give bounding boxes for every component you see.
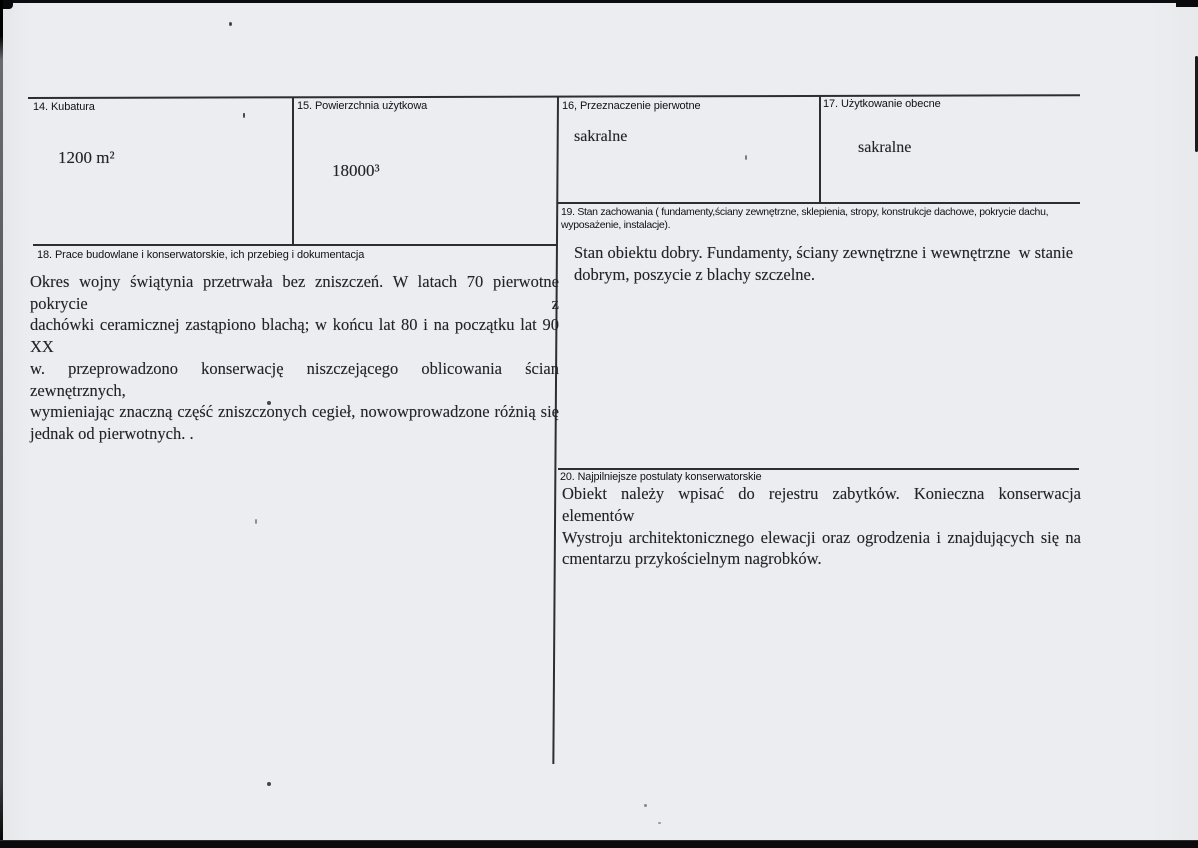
rule-divider-14-15 (292, 97, 294, 245)
scan-speck (255, 519, 257, 524)
scan-edge-top-right (1176, 0, 1198, 7)
field-19-text: Stan obiektu dobry. Fundamenty, ściany z… (574, 242, 1074, 285)
rule-top-field-20 (558, 468, 1079, 470)
scan-speck (229, 22, 232, 26)
text-line: Obiekt należy wpisać do rejestru zabytkó… (562, 483, 1081, 527)
text-line: w. przeprowadzono konserwację niszczejąc… (30, 358, 559, 401)
scan-edge-top (0, 0, 1198, 3)
scan-speck (644, 804, 647, 807)
rule-bottom-14-15 (33, 244, 558, 246)
form-table-layer: 14. Kubatura 1200 m² 15. Powierzchnia uż… (0, 0, 1198, 848)
scan-edge-bottom (0, 840, 1198, 848)
field-18-text: Okres wojny świątynia przetrwała bez zni… (30, 271, 559, 445)
field-20-text: Obiekt należy wpisać do rejestru zabytkó… (562, 483, 1081, 570)
field-14-value: 1200 m² (58, 148, 115, 168)
scan-speck (745, 155, 747, 160)
scanned-document-page: 14. Kubatura 1200 m² 15. Powierzchnia uż… (0, 0, 1198, 848)
field-17-value: sakralne (858, 139, 911, 157)
scan-speck (267, 782, 271, 786)
scan-speck (267, 401, 271, 405)
text-line: Okres wojny świątynia przetrwała bez zni… (30, 271, 559, 314)
field-20-label: 20. Najpilniejsze postulaty konserwators… (560, 471, 762, 483)
field-15-value: 18000³ (332, 161, 380, 181)
text-line: jednak od pierwotnych. . (30, 423, 559, 445)
text-line: Stan obiektu dobry. Fundamenty, ściany z… (574, 242, 1074, 264)
scan-edge-left (0, 0, 3, 848)
rule-divider-16-17 (819, 96, 821, 203)
field-16-value: sakralne (574, 128, 627, 146)
text-line: dachówki ceramicznej zastąpiono blachą; … (30, 314, 559, 357)
text-line: Wystroju architektonicznego elewacji ora… (562, 527, 1081, 549)
field-19-label-line-2: wyposażenie, instalacje). (561, 219, 670, 231)
scan-speck (243, 113, 245, 118)
field-18-label: 18. Prace budowlane i konserwatorskie, i… (37, 249, 364, 261)
field-16-label: 16, Przeznaczenie pierwotne (562, 100, 701, 112)
field-14-label: 14. Kubatura (33, 101, 95, 113)
text-line: wymieniając znaczną część zniszczonych c… (30, 401, 559, 423)
field-17-label: 17. Użytkowanie obecne (823, 98, 941, 110)
text-line: cmentarzu przykościelnym nagrobków. (562, 548, 1081, 570)
field-15-label: 15. Powierzchnia użytkowa (297, 100, 427, 112)
rule-bottom-16-17 (557, 202, 1080, 204)
scan-speck (658, 822, 661, 824)
text-line: dobrym, poszycie z blachy szczelne. (574, 264, 1074, 286)
field-19-label-line-1: 19. Stan zachowania ( fundamenty,ściany … (561, 206, 1048, 218)
